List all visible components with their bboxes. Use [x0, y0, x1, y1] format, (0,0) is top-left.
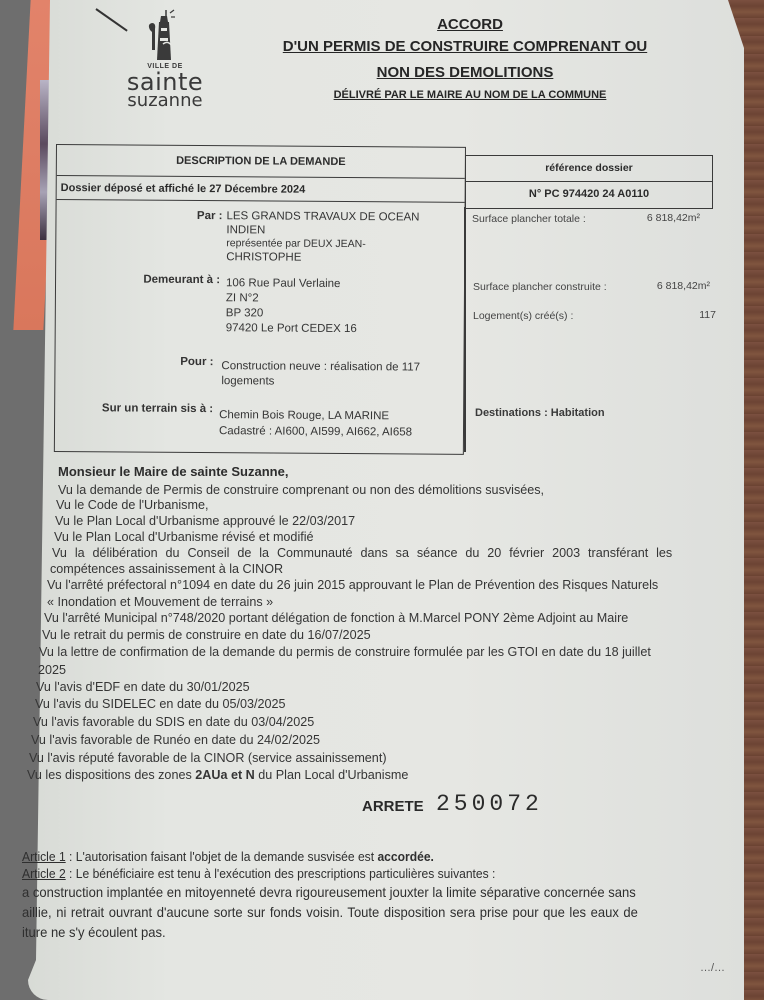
- par-label: Par :: [116, 209, 222, 222]
- title-line-2: D'UN PERMIS DE CONSTRUIRE COMPRENANT OU: [250, 38, 680, 55]
- consideration-item: Vu l'arrêté Municipal n°748/2020 portant…: [44, 611, 628, 626]
- article-1: Article 1 : L'autorisation faisant l'obj…: [22, 849, 434, 865]
- surface-totale-label: Surface plancher totale :: [472, 213, 586, 225]
- consideration-item: Vu l'avis réputé favorable de la CINOR (…: [29, 751, 387, 766]
- consideration-item: compétences assainissement à la CINOR: [50, 562, 283, 577]
- consideration-item: Vu la lettre de confirmation de la deman…: [39, 645, 651, 660]
- consideration-item: Vu l'avis favorable du SDIS en date du 0…: [33, 715, 314, 730]
- permit-number: N° PC 974420 24 A0110: [466, 182, 712, 207]
- consideration-item: Vu le Plan Local d'Urbanisme approuvé le…: [55, 514, 355, 529]
- title-line-3: NON DES DEMOLITIONS: [350, 64, 580, 81]
- consideration-item: Vu la délibération du Conseil de la Comm…: [52, 546, 672, 561]
- consideration-item: Vu l'avis d'EDF en date du 30/01/2025: [36, 680, 250, 695]
- right-column-divider: [464, 207, 466, 452]
- pour-label: Pour :: [115, 355, 213, 368]
- logements-label: Logement(s) créé(s) :: [473, 310, 573, 322]
- article-2-text: a construction implantée en mitoyenneté …: [22, 884, 636, 900]
- addressee: Monsieur le Maire de sainte Suzanne,: [58, 464, 288, 479]
- consideration-item: « Inondation et Mouvement de terrains »: [47, 595, 273, 610]
- arrete-label: ARRETE: [362, 798, 424, 815]
- reference-heading: référence dossier: [466, 156, 712, 182]
- dossier-date: Dossier déposé et affiché le 27 Décembre…: [57, 176, 465, 203]
- demeurant-label: Demeurant à :: [96, 273, 220, 286]
- lighthouse-icon: [146, 8, 176, 63]
- consideration-item: Vu l'arrêté préfectoral n°1094 en date d…: [47, 578, 658, 593]
- reference-box: référence dossier N° PC 974420 24 A0110: [465, 155, 713, 209]
- article-2-text: iture ne s'y écoulent pas.: [22, 924, 166, 940]
- consideration-item: Vu la demande de Permis de construire co…: [58, 483, 544, 498]
- pour-value: Construction neuve : réalisation de 117 …: [221, 359, 420, 390]
- terrain-value: Chemin Bois Rouge, LA MARINE Cadastré : …: [219, 407, 412, 440]
- consideration-item: Vu le Plan Local d'Urbanisme révisé et m…: [54, 530, 314, 545]
- description-heading: DESCRIPTION DE LA DEMANDE: [57, 145, 465, 179]
- destinations: Destinations : Habitation: [475, 407, 605, 419]
- par-value: LES GRANDS TRAVAUX DE OCEAN INDIEN repré…: [226, 210, 419, 265]
- title-accord: ACCORD: [420, 16, 520, 33]
- consideration-item: Vu l'avis favorable de Runéo en date du …: [31, 733, 320, 748]
- terrain-label: Sur un terrain sis à :: [65, 402, 213, 415]
- consideration-item: 2025: [38, 663, 66, 678]
- logements-value: 117: [630, 309, 716, 321]
- consideration-item: Vu le Code de l'Urbanisme,: [56, 498, 208, 513]
- consideration-item: Vu le retrait du permis de construire en…: [42, 628, 371, 643]
- surface-totale-value: 6 818,42m²: [600, 212, 700, 224]
- consideration-item: Vu l'avis du SIDELEC en date du 05/03/20…: [35, 697, 286, 712]
- city-logo: VILLE DE sainte suzanne: [110, 4, 220, 114]
- consideration-item-zones: Vu les dispositions des zones 2AUa et N …: [27, 768, 408, 783]
- article-2: Article 2 : Le bénéficiaire est tenu à l…: [22, 866, 495, 882]
- page-continuation: …/…: [700, 962, 725, 974]
- demeurant-value: 106 Rue Paul Verlaine ZI N°2 BP 320 9742…: [226, 276, 357, 337]
- description-box: DESCRIPTION DE LA DEMANDE Dossier déposé…: [54, 144, 466, 455]
- surface-construite-value: 6 818,42m²: [610, 280, 710, 292]
- article-2-text: aillie, ni retrait ouvrant d'aucune sort…: [22, 904, 638, 920]
- logo-line2: suzanne: [110, 92, 220, 110]
- surface-construite-label: Surface plancher construite :: [473, 281, 607, 293]
- subtitle: DÉLIVRÉ PAR LE MAIRE AU NOM DE LA COMMUN…: [300, 89, 640, 101]
- arrete-number: 250072: [436, 791, 543, 817]
